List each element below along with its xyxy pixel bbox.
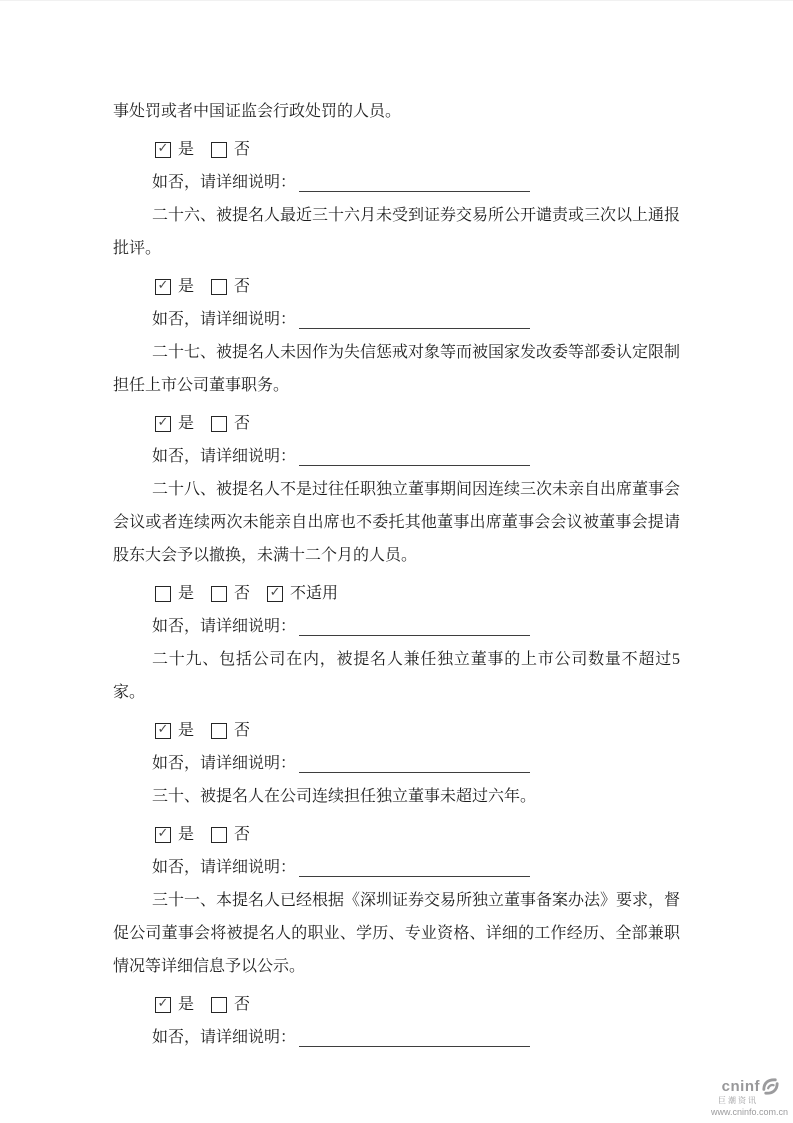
checkbox-no-icon — [211, 586, 227, 602]
option-no: 否 — [211, 577, 250, 610]
explain-prompt: 如否，请详细说明： — [152, 755, 296, 772]
checkbox-yes-label: 是 — [178, 133, 194, 166]
cninfo-swirl-icon — [761, 1077, 780, 1096]
explain-row: 如否，请详细说明： — [113, 1021, 680, 1054]
checkbox-no-label: 否 — [234, 577, 250, 610]
question-text: 三十一、本提名人已经根据《深圳证券交易所独立董事备案办法》要求，督促公司董事会将… — [113, 884, 680, 983]
checkbox-yes-icon — [155, 416, 171, 432]
question-block: 二十七、被提名人未因作为失信惩戒对象等而被国家发改委等部委认定限制担任上市公司董… — [113, 336, 680, 473]
explain-prompt: 如否，请详细说明： — [152, 859, 296, 876]
checkbox-not-applicable-icon — [267, 586, 283, 602]
checkbox-no-label: 否 — [234, 818, 250, 851]
option-yes: 是 — [155, 714, 194, 747]
checkbox-yes-icon — [155, 142, 171, 158]
question-text: 三十、被提名人在公司连续担任独立董事未超过六年。 — [113, 780, 680, 813]
option-no: 否 — [211, 714, 250, 747]
checkbox-not-applicable-label: 不适用 — [290, 577, 338, 610]
cninfo-logo: cninf 巨潮资讯 www.cninfo.com.cn — [711, 1077, 788, 1117]
option-no: 否 — [211, 988, 250, 1021]
checkbox-no-label: 否 — [234, 270, 250, 303]
explain-row: 如否，请详细说明： — [113, 747, 680, 780]
checkbox-no-icon — [211, 279, 227, 295]
checkbox-yes-icon — [155, 827, 171, 843]
explain-blank-line — [299, 171, 530, 192]
checkbox-no-icon — [211, 416, 227, 432]
answer-options-row: 是 否 — [113, 270, 680, 303]
question-text: 二十八、被提名人不是过往任职独立董事期间因连续三次未亲自出席董事会会议或者连续两… — [113, 473, 680, 572]
cninfo-logo-row: cninf — [711, 1077, 780, 1096]
question-block: 事处罚或者中国证监会行政处罚的人员。 是 否 如否，请详细说明： — [113, 95, 680, 199]
cninfo-brand-text: cninf — [722, 1079, 760, 1094]
checkbox-yes-icon — [155, 723, 171, 739]
answer-options-row: 是 否 — [113, 133, 680, 166]
explain-row: 如否，请详细说明： — [113, 610, 680, 643]
cninfo-chinese-name: 巨潮资讯 — [711, 1096, 758, 1106]
checkbox-yes-label: 是 — [178, 714, 194, 747]
answer-options-row: 是 否 — [113, 407, 680, 440]
option-yes: 是 — [155, 818, 194, 851]
option-not-applicable: 不适用 — [267, 577, 338, 610]
option-yes: 是 — [155, 270, 194, 303]
option-no: 否 — [211, 407, 250, 440]
option-yes: 是 — [155, 133, 194, 166]
checkbox-no-icon — [211, 997, 227, 1013]
question-text: 二十九、包括公司在内，被提名人兼任独立董事的上市公司数量不超过5家。 — [113, 643, 680, 709]
question-block: 三十一、本提名人已经根据《深圳证券交易所独立董事备案办法》要求，督促公司董事会将… — [113, 884, 680, 1054]
question-text: 事处罚或者中国证监会行政处罚的人员。 — [113, 95, 680, 128]
option-yes: 是 — [155, 407, 194, 440]
explain-blank-line — [299, 308, 530, 329]
question-text: 二十七、被提名人未因作为失信惩戒对象等而被国家发改委等部委认定限制担任上市公司董… — [113, 336, 680, 402]
checkbox-no-label: 否 — [234, 988, 250, 1021]
explain-row: 如否，请详细说明： — [113, 303, 680, 336]
explain-prompt: 如否，请详细说明： — [152, 174, 296, 191]
explain-prompt: 如否，请详细说明： — [152, 311, 296, 328]
option-no: 否 — [211, 818, 250, 851]
explain-row: 如否，请详细说明： — [113, 851, 680, 884]
explain-blank-line — [299, 752, 530, 773]
answer-options-row: 是 否 — [113, 714, 680, 747]
question-block: 二十六、被提名人最近三十六月未受到证券交易所公开谴责或三次以上通报批评。 是 否… — [113, 199, 680, 336]
explain-row: 如否，请详细说明： — [113, 440, 680, 473]
checkbox-yes-icon — [155, 586, 171, 602]
explain-row: 如否，请详细说明： — [113, 166, 680, 199]
question-block: 三十、被提名人在公司连续担任独立董事未超过六年。 是 否 如否，请详细说明： — [113, 780, 680, 884]
option-no: 否 — [211, 133, 250, 166]
explain-blank-line — [299, 615, 530, 636]
explain-prompt: 如否，请详细说明： — [152, 448, 296, 465]
document-page: 事处罚或者中国证监会行政处罚的人员。 是 否 如否，请详细说明： 二十六、被提名… — [0, 0, 793, 1123]
option-yes: 是 — [155, 988, 194, 1021]
checkbox-yes-label: 是 — [178, 988, 194, 1021]
checkbox-no-label: 否 — [234, 714, 250, 747]
document-body: 事处罚或者中国证监会行政处罚的人员。 是 否 如否，请详细说明： 二十六、被提名… — [113, 95, 680, 1054]
checkbox-yes-label: 是 — [178, 270, 194, 303]
checkbox-yes-label: 是 — [178, 407, 194, 440]
option-no: 否 — [211, 270, 250, 303]
answer-options-row: 是 否 — [113, 988, 680, 1021]
checkbox-yes-label: 是 — [178, 577, 194, 610]
explain-blank-line — [299, 445, 530, 466]
cninfo-url: www.cninfo.com.cn — [711, 1107, 788, 1118]
answer-options-row: 是 否 不适用 — [113, 577, 680, 610]
explain-prompt: 如否，请详细说明： — [152, 1029, 296, 1046]
explain-blank-line — [299, 1026, 530, 1047]
answer-options-row: 是 否 — [113, 818, 680, 851]
explain-prompt: 如否，请详细说明： — [152, 618, 296, 635]
checkbox-yes-icon — [155, 997, 171, 1013]
checkbox-no-icon — [211, 827, 227, 843]
question-text: 二十六、被提名人最近三十六月未受到证券交易所公开谴责或三次以上通报批评。 — [113, 199, 680, 265]
checkbox-yes-label: 是 — [178, 818, 194, 851]
checkbox-no-label: 否 — [234, 133, 250, 166]
option-yes: 是 — [155, 577, 194, 610]
checkbox-no-label: 否 — [234, 407, 250, 440]
question-block: 二十八、被提名人不是过往任职独立董事期间因连续三次未亲自出席董事会会议或者连续两… — [113, 473, 680, 643]
question-block: 二十九、包括公司在内，被提名人兼任独立董事的上市公司数量不超过5家。 是 否 如… — [113, 643, 680, 780]
checkbox-no-icon — [211, 723, 227, 739]
checkbox-yes-icon — [155, 279, 171, 295]
checkbox-no-icon — [211, 142, 227, 158]
explain-blank-line — [299, 856, 530, 877]
